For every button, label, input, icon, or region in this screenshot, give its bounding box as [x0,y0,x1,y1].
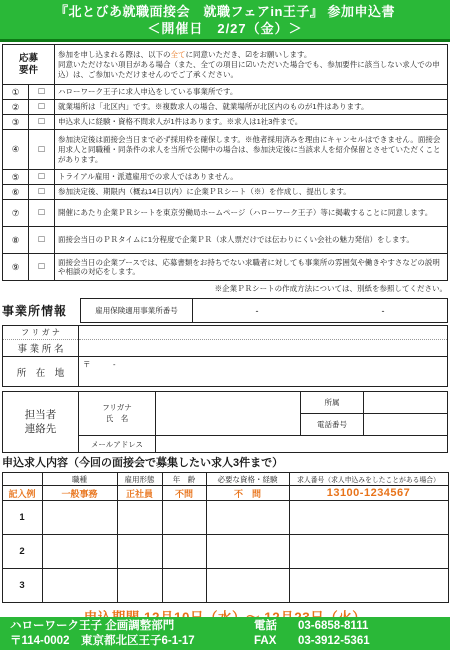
contact-name-field [156,392,301,436]
requirement-row-5: ⑤ □ トライアル雇用・派遣雇用での求人ではありません。 [3,170,448,185]
item-number: ⑤ [3,170,29,185]
jobs-header-row: 職種 雇用形態 年 齢 必要な資格・経験 求人番号（求人申込みをしたことがある場… [2,473,448,486]
fax-number: 03-3912-5361 [298,634,370,648]
item-text: トライアル雇用・派遣雇用での求人ではありません。 [55,170,448,185]
example-age: 不問 [162,486,206,501]
occupation-field [42,501,117,535]
age-field [162,501,206,535]
insurance-number-field: - - [193,299,448,323]
footer-address: 〒114-0002 東京都北区王子6-1-17 [10,634,195,648]
header-qualifications: 必要な資格・経験 [206,473,289,486]
form-header: 『北とびあ就職面接会 就職フェアin王子』 参加申込書 ＜開催日 2/27（金）… [0,0,450,42]
qualifications-field [206,535,289,569]
employment-type-field [117,501,162,535]
contact-table: 担当者 連絡先 フリガナ 氏 名 所属 電話番号 メールアドレス [2,391,448,453]
application-form-page: 『北とびあ就職面接会 就職フェアin王子』 参加申込書 ＜開催日 2/27（金）… [0,0,450,650]
intro-emphasis: 全て [171,50,186,59]
contact-name-label: フリガナ 氏 名 [79,392,156,436]
item-text: 面接会当日のＰＲタイムに1分程度で企業ＰＲ（求人票だけでは伝わりにくい会社の魅力… [55,227,448,254]
jobs-section-heading: 申込求人内容（今回の面接会で募集したい求人3件まで） [2,457,448,470]
checkbox-7[interactable]: □ [29,200,55,227]
office-name-field [79,340,448,357]
insurance-sep: - [256,306,259,316]
office-info-label: 事業所情報 [2,302,80,319]
item-text: 申込求人に経験・資格不問求人が1件はあります。※求人は1社3件まで。 [55,115,448,130]
furigana-label: フ リ ガ ナ [3,326,79,340]
jobs-table: 職種 雇用形態 年 齢 必要な資格・経験 求人番号（求人申込みをしたことがある場… [2,472,449,603]
checkbox-8[interactable]: □ [29,227,55,254]
job-row-3: 3 [2,569,448,603]
job-row-2: 2 [2,535,448,569]
job-number-field [289,569,448,603]
item-text: 開催にあたり企業ＰＲシートを東京労働局ホームページ（ハローワーク王子）等に掲載す… [55,200,448,227]
checkbox-5[interactable]: □ [29,170,55,185]
email-label: メールアドレス [79,436,156,453]
checkbox-9[interactable]: □ [29,254,55,281]
checkbox-3[interactable]: □ [29,115,55,130]
example-employment-type: 正社員 [117,486,162,501]
example-label: 記入例 [2,486,42,501]
jobs-example-row: 記入例 一般事務 正社員 不問 不 問 13100-1234567 [2,486,448,501]
event-date: ＜開催日 2/27（金）＞ [0,20,450,37]
occupation-field [42,535,117,569]
age-field [162,569,206,603]
item-number: ⑦ [3,200,29,227]
department-field [364,392,448,414]
insurance-number-table: 雇用保険適用事業所番号 - - [80,298,448,323]
office-address-field: 〒 - [79,357,448,387]
requirement-row-1: ① □ ハローワーク王子に求人申込をしている事業所です。 [3,85,448,100]
insurance-number-label: 雇用保険適用事業所番号 [81,299,193,323]
header-blank [2,473,42,486]
row-number: 3 [2,569,42,603]
item-text: 面接会当日の企業ブースでは、応募書類をお持ちでない求職者に対しても事業所の雰囲気… [55,254,448,281]
checkbox-4[interactable]: □ [29,130,55,170]
qualifications-field [206,569,289,603]
form-title: 『北とびあ就職面接会 就職フェアin王子』 参加申込書 [0,3,450,20]
row-number: 1 [2,501,42,535]
example-occupation: 一般事務 [42,486,117,501]
occupation-field [42,569,117,603]
requirements-label: 応募 要件 [3,45,55,85]
office-name-label: 事 業 所 名 [3,340,79,357]
address-label: 所 在 地 [3,357,79,387]
item-text: 参加決定後は面接会当日まで必ず採用枠を確保します。※他者採用済みを理由にキャンセ… [55,130,448,170]
email-field [156,436,448,453]
item-number: ⑧ [3,227,29,254]
job-number-field [289,535,448,569]
contact-section-label: 担当者 連絡先 [3,392,79,453]
qualifications-field [206,501,289,535]
footer-office-name: ハローワーク王子 企画調整部門 [10,619,174,633]
example-qualifications: 不 問 [206,486,289,501]
office-name-address-table: フ リ ガ ナ 事 業 所 名 所 在 地 〒 - [2,325,448,387]
header-employment-type: 雇用形態 [117,473,162,486]
age-field [162,535,206,569]
postal-mark: 〒 - [83,360,116,369]
item-number: ⑨ [3,254,29,281]
requirement-row-6: ⑥ □ 参加決定後、期限内（概ね14日以内）に企業ＰＲシート（※）を作成し、提出… [3,185,448,200]
checkbox-1[interactable]: □ [29,85,55,100]
requirement-row-3: ③ □ 申込求人に経験・資格不問求人が1件はあります。※求人は1社3件まで。 [3,115,448,130]
requirement-row-2: ② □ 就業場所は「北区内」です。※複数求人の場合、就業場所が北区内のものが1件… [3,100,448,115]
requirements-intro: 参加を申し込まれる際は、以下の全てに同意いただき、☑をお願いします。 同意いただ… [55,45,448,85]
employment-type-field [117,569,162,603]
tel-label: 電話 [254,619,298,633]
item-number: ④ [3,130,29,170]
item-text: 参加決定後、期限内（概ね14日以内）に企業ＰＲシート（※）を作成し、提出します。 [55,185,448,200]
item-number: ② [3,100,29,115]
phone-label: 電話番号 [301,414,364,436]
row-number: 2 [2,535,42,569]
pr-sheet-footnote: ※企業ＰＲシートの作成方法については、別紙を参照してください。 [1,281,449,295]
item-text: 就業場所は「北区内」です。※複数求人の場合、就業場所が北区内のものが1件はありま… [55,100,448,115]
header-age: 年 齢 [162,473,206,486]
requirements-table: 応募 要件 参加を申し込まれる際は、以下の全てに同意いただき、☑をお願いします。… [2,44,448,281]
job-number-field [289,501,448,535]
checkbox-6[interactable]: □ [29,185,55,200]
header-occupation: 職種 [42,473,117,486]
office-info-header: 事業所情報 雇用保険適用事業所番号 - - [2,298,448,323]
item-number: ① [3,85,29,100]
phone-field [364,414,448,436]
checkbox-2[interactable]: □ [29,100,55,115]
employment-type-field [117,535,162,569]
requirement-row-9: ⑨ □ 面接会当日の企業ブースでは、応募書類をお持ちでない求職者に対しても事業所… [3,254,448,281]
requirement-row-8: ⑧ □ 面接会当日のＰＲタイムに1分程度で企業ＰＲ（求人票だけでは伝わりにくい会… [3,227,448,254]
requirement-row-7: ⑦ □ 開催にあたり企業ＰＲシートを東京労働局ホームページ（ハローワーク王子）等… [3,200,448,227]
insurance-sep: - [382,306,385,316]
item-text: ハローワーク王子に求人申込をしている事業所です。 [55,85,448,100]
department-label: 所属 [301,392,364,414]
item-number: ③ [3,115,29,130]
example-job-number: 13100-1234567 [289,486,448,501]
office-furigana-field [79,326,448,340]
header-job-number: 求人番号（求人申込みをしたことがある場合） [289,473,448,486]
fax-label: FAX [254,634,298,648]
job-row-1: 1 [2,501,448,535]
item-number: ⑥ [3,185,29,200]
tel-number: 03-6858-8111 [298,619,368,633]
requirement-row-4: ④ □ 参加決定後は面接会当日まで必ず採用枠を確保します。※他者採用済みを理由に… [3,130,448,170]
footer: ハローワーク王子 企画調整部門 電話 03-6858-8111 〒114-000… [0,617,450,650]
